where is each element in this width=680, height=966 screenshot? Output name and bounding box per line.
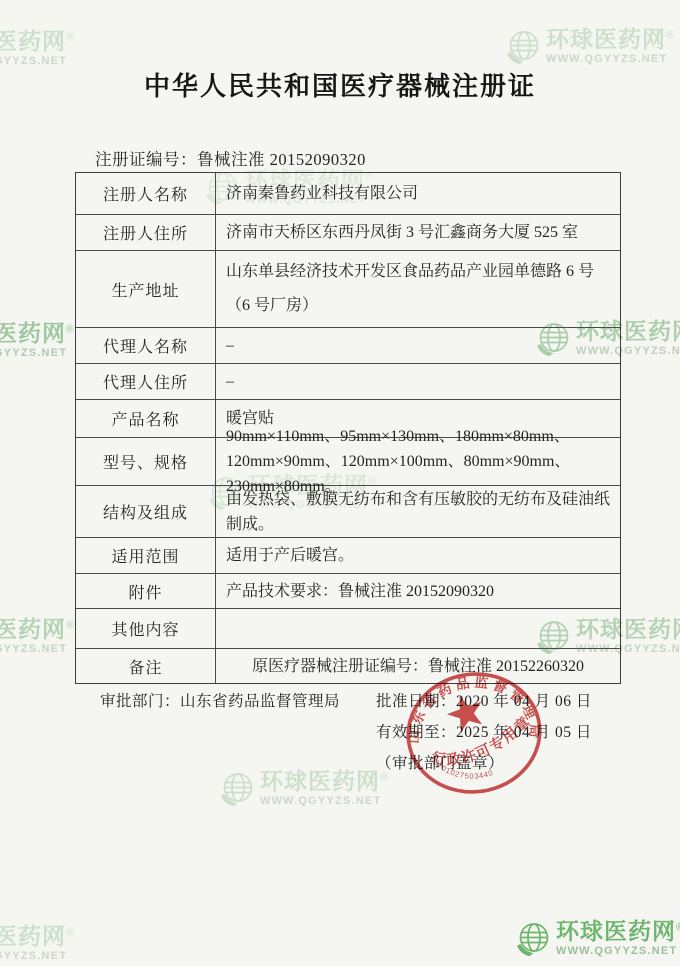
row-label: 产品名称 — [76, 400, 216, 437]
row-label: 注册人名称 — [76, 173, 216, 214]
watermark-url: GYYZS.NET — [0, 644, 75, 655]
table-row: 结构及组成 由发热袋、敷膜无纺布和含有压敏胶的无纺布及硅油纸制成。 — [76, 486, 620, 538]
watermark: 医药网® GYYZS.NET — [0, 925, 75, 962]
row-label: 注册人住所 — [76, 215, 216, 250]
registered-icon: ® — [66, 926, 75, 938]
registered-icon: ® — [66, 31, 75, 43]
watermark: 环球医药网® WWW.QGYYZS.NET — [220, 770, 389, 807]
table-row: 适用范围 适用于产后暖宫。 — [76, 538, 620, 574]
row-label: 附件 — [76, 574, 216, 608]
watermark: 医药网® GYYZS.NET — [0, 322, 75, 359]
page-title: 中华人民共和国医疗器械注册证 — [0, 66, 680, 103]
watermark-url: WWW.QGYYZS.NET — [556, 946, 680, 957]
row-label: 型号、规格 — [76, 438, 216, 485]
globe-icon — [516, 920, 552, 956]
row-label: 其他内容 — [76, 609, 216, 648]
table-row: 注册人住所 济南市天桥区东西丹凤街 3 号汇鑫商务大厦 525 室 — [76, 215, 620, 251]
table-row: 代理人名称 – — [76, 328, 620, 364]
row-label: 适用范围 — [76, 538, 216, 573]
watermark-brand: 环球医药网® — [260, 770, 389, 793]
table-row: 代理人住所 – — [76, 364, 620, 400]
watermark-url: GYYZS.NET — [0, 348, 75, 359]
approval-department: 审批部门：山东省药品监督管理局 — [100, 689, 340, 711]
table-row: 注册人名称 济南秦鲁药业科技有限公司 — [76, 173, 620, 215]
row-value: 适用于产后暖宫。 — [216, 538, 620, 573]
row-label: 生产地址 — [76, 251, 216, 327]
table-row: 生产地址 山东单县经济技术开发区食品药品产业园单德路 6 号 （6 号厂房） — [76, 251, 620, 328]
row-value: 产品技术要求：鲁械注准 20152090320 — [216, 574, 620, 608]
registered-icon: ® — [66, 619, 75, 631]
table-row: 型号、规格 90mm×110mm、95mm×130mm、180mm×80mm、1… — [76, 438, 620, 486]
row-value: 济南秦鲁药业科技有限公司 — [216, 173, 620, 214]
row-value: 由发热袋、敷膜无纺布和含有压敏胶的无纺布及硅油纸制成。 — [216, 486, 620, 537]
row-value: – — [216, 364, 620, 399]
watermark: 环球医药网® WWW.QGYYZS.NET — [506, 28, 675, 65]
watermark-url: WWW.QGYYZS.NET — [546, 54, 675, 65]
certificate-table: 注册人名称 济南秦鲁药业科技有限公司 注册人住所 济南市天桥区东西丹凤街 3 号… — [75, 172, 621, 684]
watermark-url: WWW.QGYYZS.NET — [260, 796, 389, 807]
watermark-url: GYYZS.NET — [0, 951, 75, 962]
row-value: – — [216, 328, 620, 363]
watermark-brand: 医药网® — [0, 322, 75, 345]
watermark: 医药网® GYYZS.NET — [0, 618, 75, 655]
row-value: 山东单县经济技术开发区食品药品产业园单德路 6 号 （6 号厂房） — [216, 251, 620, 327]
row-value: 90mm×110mm、95mm×130mm、180mm×80mm、120mm×9… — [216, 438, 620, 485]
watermark-brand: 环球医药网® — [546, 28, 675, 51]
watermark-brand: 医药网® — [0, 30, 75, 53]
watermark-brand: 医药网® — [0, 925, 75, 948]
row-value: 济南市天桥区东西丹凤街 3 号汇鑫商务大厦 525 室 — [216, 215, 620, 250]
globe-icon — [506, 28, 542, 64]
certificate-page: 医药网® GYYZS.NET 环球医药网® WWW.QGYYZS.NET 环球医… — [0, 0, 680, 966]
watermark-brand: 环球医药网® — [556, 920, 680, 943]
row-label: 代理人名称 — [76, 328, 216, 363]
certificate-number: 注册证编号：鲁械注准 20152090320 — [95, 146, 366, 170]
table-row: 附件 产品技术要求：鲁械注准 20152090320 — [76, 574, 620, 609]
watermark: 医药网® GYYZS.NET — [0, 30, 75, 67]
globe-icon — [220, 770, 256, 806]
watermark: 环球医药网® WWW.QGYYZS.NET — [516, 920, 680, 957]
row-label: 结构及组成 — [76, 486, 216, 537]
registered-icon: ® — [676, 921, 680, 933]
row-label: 备注 — [76, 649, 216, 683]
watermark-brand: 医药网® — [0, 618, 75, 641]
registered-icon: ® — [66, 323, 75, 335]
table-row: 其他内容 — [76, 609, 620, 649]
official-seal: 山东省药品监督管理局 行政许可专用章 3701027503440 — [390, 652, 558, 813]
row-label: 代理人住所 — [76, 364, 216, 399]
registered-icon: ® — [666, 29, 675, 41]
row-value — [216, 609, 620, 648]
